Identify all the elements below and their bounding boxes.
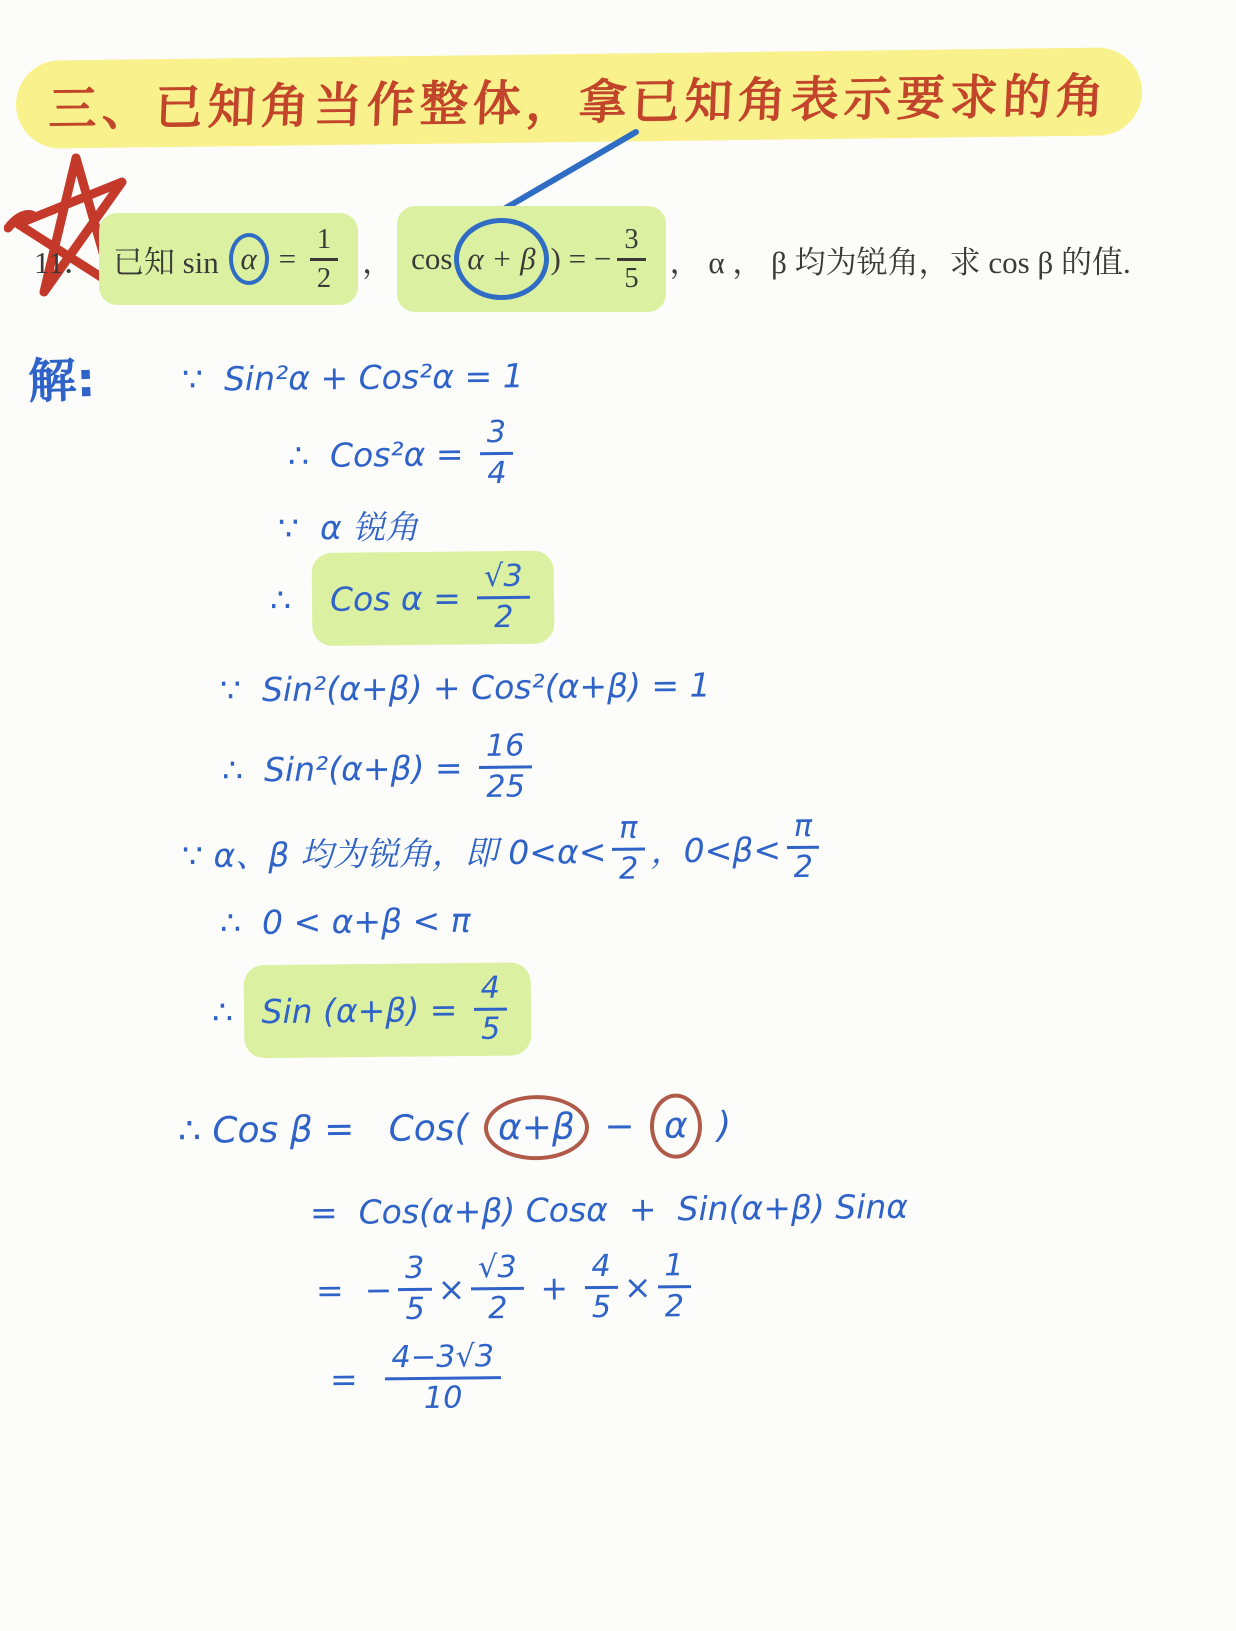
highlight-sin-sum: Sin (α+β) = 45 (243, 962, 532, 1058)
fraction: 12 (657, 1250, 691, 1323)
fraction-numerator: π (787, 811, 820, 849)
highlight-cos-alpha: Cos α = √32 (312, 551, 555, 646)
fraction-denominator: 5 (624, 261, 638, 294)
fraction-denominator: 2 (317, 261, 331, 294)
solution-line-expansion: = Cos(α+β) Cosα + Sin(α+β) Sinα (310, 1187, 908, 1232)
fraction-numerator: 1 (310, 225, 338, 261)
fraction: √32 (471, 1252, 524, 1325)
math-text: 已知 sin (113, 237, 227, 282)
math-text: ，0<β< (650, 824, 781, 872)
fraction-denominator: 10 (424, 1379, 463, 1414)
fraction-denominator: 2 (494, 599, 514, 634)
circled-alpha: α (229, 233, 269, 285)
fraction-numerator: 4 (473, 973, 507, 1011)
solution-line-pythagorean-sum: ∵ Sin²(α+β) + Cos²(α+β) = 1 (220, 665, 711, 709)
fraction-denominator: 5 (405, 1291, 425, 1326)
circled-alpha-plus-beta: α + β (454, 218, 548, 300)
math-text: ∴ Sin²(α+β) = (222, 748, 473, 790)
fraction-numerator: √3 (471, 1252, 524, 1290)
solution-line-sin-squared-sum: ∴ Sin²(α+β) = 1625 (222, 730, 538, 806)
solution-line-both-acute: ∵ α、β 均为锐角，即 0<α<π2，0<β<π2 (182, 811, 826, 890)
math-text: × (624, 1267, 652, 1306)
math-text: ∵ Sin²(α+β) + Cos²(α+β) = 1 (220, 665, 711, 709)
math-text: ∴ 0 < α+β < π (220, 901, 471, 943)
solution-line-pythagorean-alpha: ∵ Sin²α + Cos²α = 1 (182, 356, 524, 399)
solution-line-sin-sum: ∴ Sin (α+β) = 45 (212, 962, 532, 1058)
fraction: 35 (398, 1253, 432, 1326)
fraction: π2 (787, 811, 820, 884)
fraction-denominator: 5 (592, 1289, 612, 1324)
fraction-numerator: 3 (398, 1253, 432, 1291)
solution-line-final-answer: = 4−3√310 (330, 1341, 508, 1416)
notebook-page: 三、已知角当作整体，拿已知角表示要求的角 11．已知 sin α = 12，co… (0, 0, 1236, 1631)
math-text: Cos α = (330, 578, 472, 618)
fraction: π2 (612, 813, 645, 886)
math-text: ∴ Cos β = Cos( (178, 1108, 480, 1152)
math-text: cos (411, 241, 452, 277)
math-text: ∴ (212, 992, 244, 1031)
solution-line-alpha-acute: ∵ α 锐角 (278, 501, 419, 549)
math-text: ∵ α 锐角 (278, 501, 419, 549)
highlight-given-sin: 已知 sin α = 12 (99, 213, 358, 306)
fraction-numerator: 1 (657, 1250, 691, 1288)
math-text: = (330, 1359, 379, 1399)
math-text: ∵ Sin²α + Cos²α = 1 (182, 356, 524, 399)
fraction: √32 (477, 561, 530, 634)
fraction: 45 (473, 973, 507, 1046)
fraction-denominator: 2 (793, 849, 813, 884)
fraction-denominator: 25 (486, 768, 525, 803)
fraction: 45 (584, 1251, 618, 1324)
fraction-denominator: 2 (488, 1290, 508, 1325)
red-circled-alpha: α (650, 1093, 702, 1159)
fraction-numerator: 4−3√3 (384, 1341, 501, 1380)
fraction: 12 (310, 225, 338, 294)
solution-line-cos-alpha: ∴ Cos α = √32 (270, 551, 555, 647)
fraction: 1625 (479, 730, 532, 803)
solution-line-sum-range: ∴ 0 < α+β < π (220, 901, 471, 943)
fraction-numerator: 3 (480, 417, 514, 455)
fraction-numerator: √3 (477, 561, 530, 599)
fraction-denominator: 2 (619, 850, 639, 885)
fraction-denominator: 2 (665, 1288, 685, 1323)
math-text: = (271, 241, 304, 277)
problem-number: 11． (34, 237, 95, 282)
fraction-numerator: 16 (479, 730, 532, 768)
math-text: ) (705, 1105, 731, 1146)
solution-line-cos-squared: ∴ Cos²α = 34 (288, 417, 520, 492)
math-text: ∵ α、β 均为锐角，即 0<α< (182, 826, 607, 877)
fraction: 35 (617, 225, 645, 294)
fraction-numerator: 4 (584, 1251, 618, 1289)
solution-label: 解: (27, 341, 97, 412)
fraction-numerator: π (612, 813, 645, 851)
math-text: ∴ Cos²α = (288, 434, 474, 475)
fraction: 4−3√310 (384, 1341, 501, 1415)
math-text: = − (316, 1270, 393, 1310)
math-text: = Cos(α+β) Cosα + Sin(α+β) Sinα (310, 1187, 908, 1232)
math-text: ∴ (270, 580, 312, 619)
solution-line-substitution: = −35×√32 + 45×12 (316, 1250, 698, 1327)
fraction-numerator: 3 (617, 225, 645, 261)
fraction-denominator: 5 (481, 1011, 501, 1046)
solution-line-cos-beta: ∴ Cos β = Cos( α+β − α ) (178, 1093, 732, 1164)
math-text: − (593, 1106, 646, 1148)
fraction: 34 (480, 417, 514, 490)
math-text: + (530, 1268, 579, 1308)
math-text: ， α ， β 均为锐角，求 cos β 的值. (670, 237, 1131, 282)
math-text: ) = − (551, 241, 612, 277)
red-circled-alpha-plus-beta: α+β (484, 1095, 590, 1161)
fraction-denominator: 4 (487, 455, 507, 490)
highlight-given-cos: cosα + β) = −35 (397, 206, 666, 312)
math-text: ， (362, 237, 393, 282)
math-text: Sin (α+β) = (261, 990, 468, 1031)
math-text: × (437, 1269, 465, 1308)
problem-statement: 11．已知 sin α = 12，cosα + β) = −35， α ， β … (34, 206, 1131, 312)
